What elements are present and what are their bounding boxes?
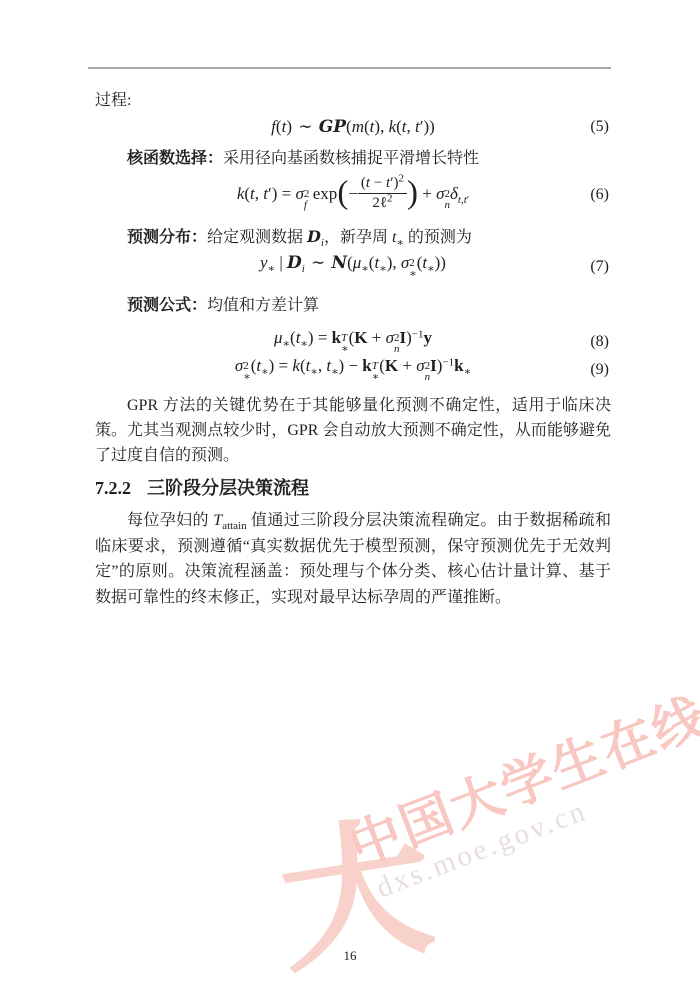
equation-7-label: (7) [590,259,609,275]
pred-dist-label: 预测分布： [127,229,207,246]
pred-formula-label: 预测公式： [127,297,207,314]
equation-5-label: (5) [590,119,609,135]
equation-8-body: μ∗(t∗) = kT∗(K + σ2nI)−1y [274,329,432,355]
equation-9-body: σ2∗(t∗) = k(t∗, t∗) − kT∗(K + σ2nI)−1k∗ [235,357,471,383]
paragraph-kernel: 核函数选择：采用径向基函数核捕捉平滑增长特性 [95,146,611,172]
equation-6: k(t, t′) = σ2f exp(−(t − t′)22ℓ2) + σ2nδ… [95,172,611,218]
paragraph-intro: 过程: [95,88,611,114]
equation-7: y∗ | Di ∼ N(μ∗(t∗), σ2∗(t∗)) (7) [95,253,611,281]
pred-formula-text: 均值和方差计算 [207,297,319,314]
section-title: 三阶段分层决策流程 [147,478,309,498]
paragraph-gpr: GPR 方法的关键优势在于其能够量化预测不确定性，适用于临床决策。尤其当观测点较… [95,393,611,468]
equation-5-body: f(t) ∼ GP(m(t), k(t, t′)) [271,118,435,136]
pred-dist-text: 给定观测数据 Di，新孕周 t∗ 的预测为 [207,229,472,246]
paragraph-decision: 每位孕妇的 Tattain 值通过三阶段分层决策流程确定。由于数据稀疏和临床要求… [95,508,611,610]
equation-5: f(t) ∼ GP(m(t), k(t, t′)) (5) [95,114,611,140]
equation-9: σ2∗(t∗) = k(t∗, t∗) − kT∗(K + σ2nI)−1k∗ … [95,355,611,385]
kernel-label: 核函数选择： [127,150,223,167]
equation-8: μ∗(t∗) = kT∗(K + σ2nI)−1y (8) [95,329,611,355]
section-number: 7.2.2 [95,478,131,498]
equation-6-label: (6) [590,187,609,203]
header-rule [88,67,611,69]
paragraph-pred-dist: 预测分布：给定观测数据 Di，新孕周 t∗ 的预测为 [95,224,611,251]
watermark: 中国大学生在线 dxs.moe.gov.cn [342,689,700,907]
paragraph-pred-formula: 预测公式：均值和方差计算 [95,293,611,319]
section-heading: 7.2.2三阶段分层决策流程 [95,474,611,502]
equation-7-body: y∗ | Di ∼ N(μ∗(t∗), σ2∗(t∗)) [260,254,446,280]
page-body: 过程: f(t) ∼ GP(m(t), k(t, t′)) (5) 核函数选择：… [95,88,611,610]
equation-8-label: (8) [590,334,609,350]
page-number: 16 [0,948,700,964]
equation-9-label: (9) [590,362,609,378]
kernel-text: 采用径向基函数核捕捉平滑增长特性 [223,150,479,167]
document-page: 大 中国大学生在线 dxs.moe.gov.cn 过程: f(t) ∼ GP(m… [0,0,700,989]
equation-6-body: k(t, t′) = σ2f exp(−(t − t′)22ℓ2) + σ2nδ… [237,177,469,213]
